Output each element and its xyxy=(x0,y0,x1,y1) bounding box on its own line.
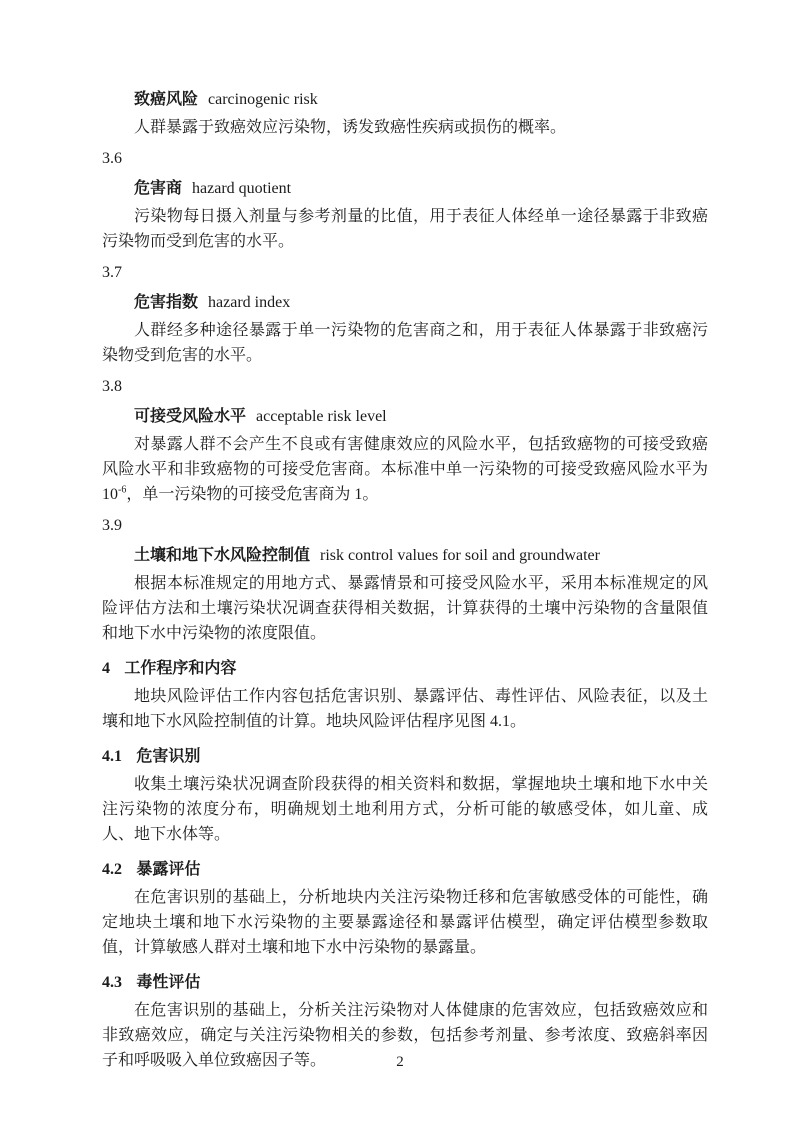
definition-text-part: ，单一污染物的可接受危害商为 1。 xyxy=(126,486,378,503)
term-definition-title: 危害指数 hazard index xyxy=(102,290,708,315)
section-number: 4.2 xyxy=(102,861,122,878)
clause-number: 3.8 xyxy=(102,374,708,399)
page-content: 致癌风险 carcinogenic risk 人群暴露于致癌效应污染物，诱发致癌… xyxy=(102,82,708,1073)
chapter-title: 工作程序和内容 xyxy=(124,660,236,677)
term-zh: 危害指数 xyxy=(134,294,198,311)
section-title: 暴露评估 xyxy=(136,861,200,878)
section-heading: 4.2暴露评估 xyxy=(102,857,708,882)
chapter-number: 4 xyxy=(102,660,110,677)
term-definition-title: 危害商 hazard quotient xyxy=(102,176,708,201)
term-definition-text: 人群经多种途径暴露于单一污染物的危害商之和，用于表征人体暴露于非致癌污染物受到危… xyxy=(102,318,708,368)
section-number: 4.3 xyxy=(102,974,122,991)
term-en: hazard quotient xyxy=(192,180,291,197)
term-en: acceptable risk level xyxy=(256,408,387,425)
section-title: 危害识别 xyxy=(136,748,200,765)
term-zh: 土壤和地下水风险控制值 xyxy=(134,547,310,564)
term-definition-text: 污染物每日摄入剂量与参考剂量的比值，用于表征人体经单一途径暴露于非致癌污染物而受… xyxy=(102,204,708,254)
clause-number: 3.6 xyxy=(102,146,708,171)
document-page: 致癌风险 carcinogenic risk 人群暴露于致癌效应污染物，诱发致癌… xyxy=(0,0,800,1131)
section-heading: 4.1危害识别 xyxy=(102,744,708,769)
term-zh: 可接受风险水平 xyxy=(134,408,246,425)
section-title: 毒性评估 xyxy=(136,974,200,991)
chapter-heading: 4工作程序和内容 xyxy=(102,656,708,681)
term-definition-title: 土壤和地下水风险控制值 risk control values for soil… xyxy=(102,543,708,568)
section-heading: 4.3毒性评估 xyxy=(102,970,708,995)
term-definition-title: 可接受风险水平 acceptable risk level xyxy=(102,404,708,429)
clause-number: 3.9 xyxy=(102,513,708,538)
term-zh: 危害商 xyxy=(134,180,182,197)
term-en: risk control values for soil and groundw… xyxy=(320,547,600,564)
section-number: 4.1 xyxy=(102,748,122,765)
section-body-paragraph: 收集土壤污染状况调查阶段获得的相关资料和数据，掌握地块土壤和地下水中关注污染物的… xyxy=(102,772,708,847)
section-body-paragraph: 在危害识别的基础上，分析地块内关注污染物迁移和危害敏感受体的可能性，确定地块土壤… xyxy=(102,885,708,960)
chapter-intro-paragraph: 地块风险评估工作内容包括危害识别、暴露评估、毒性评估、风险表征，以及土壤和地下水… xyxy=(102,684,708,734)
term-definition-text: 人群暴露于致癌效应污染物，诱发致癌性疾病或损伤的概率。 xyxy=(102,115,708,140)
page-number: 2 xyxy=(396,1054,404,1070)
term-definition-text: 根据本标准规定的用地方式、暴露情景和可接受风险水平，采用本标准规定的风险评估方法… xyxy=(102,571,708,646)
page-footer: 2 xyxy=(0,1050,800,1075)
term-zh: 致癌风险 xyxy=(134,91,198,108)
term-en: carcinogenic risk xyxy=(208,91,318,108)
term-en: hazard index xyxy=(208,294,290,311)
term-definition-text: 对暴露人群不会产生不良或有害健康效应的风险水平，包括致癌物的可接受致癌风险水平和… xyxy=(102,432,708,507)
clause-number: 3.7 xyxy=(102,260,708,285)
term-definition-title: 致癌风险 carcinogenic risk xyxy=(102,87,708,112)
